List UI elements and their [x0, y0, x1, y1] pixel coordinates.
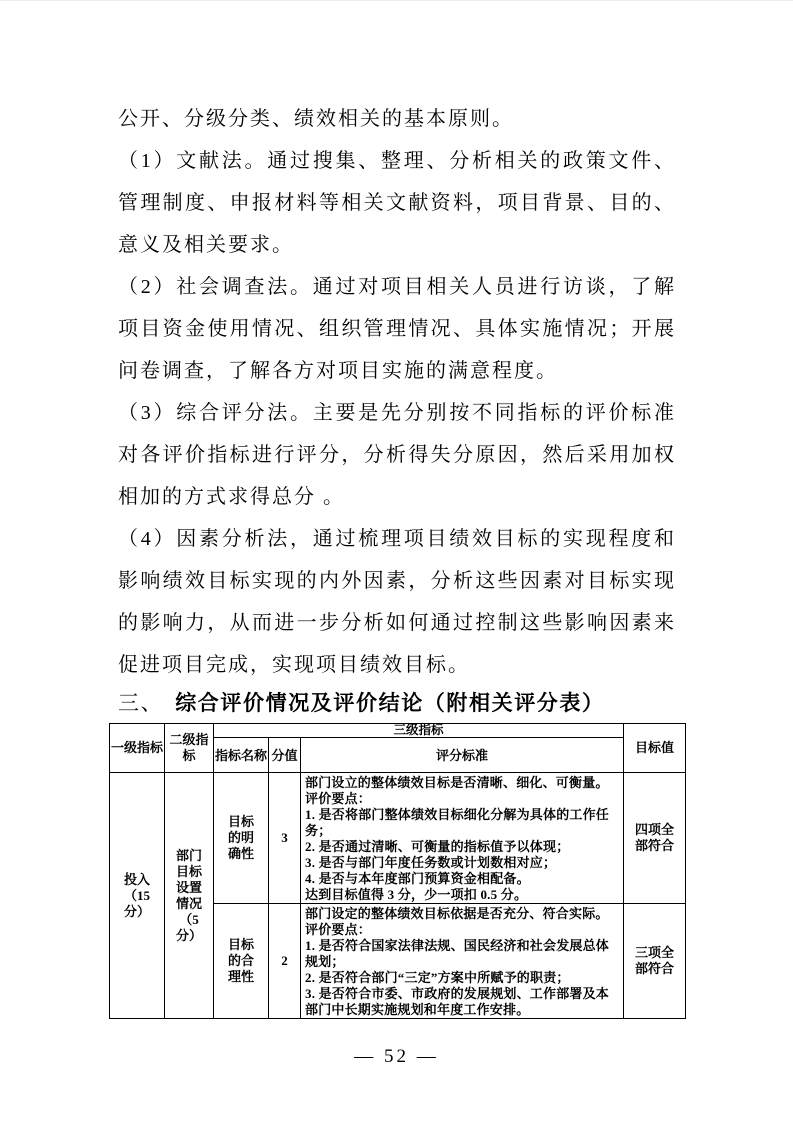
- header-level2-indicator: 二级指标: [165, 724, 214, 773]
- body-paragraph: 公开、分级分类、绩效相关的基本原则。: [118, 98, 676, 140]
- body-paragraph: （3）综合评分法。主要是先分别按不同指标的评价标准对各评价指标进行评分，分析得失…: [118, 392, 676, 518]
- evaluation-score-table: 一级指标 二级指标 三级指标 目标值 指标名称 分值 评分标准 投入 （15 分…: [109, 723, 686, 1019]
- cell-target-value: 三项全 部符合: [624, 904, 686, 1019]
- cell-level2-group: 部门 目标 设置 情况 （5 分）: [165, 773, 214, 1019]
- body-paragraph: （1）文献法。通过搜集、整理、分析相关的政策文件、管理制度、申报材料等相关文献资…: [118, 140, 676, 266]
- section-title: 综合评价情况及评价结论（附相关评分表）: [175, 691, 604, 715]
- table-header-row-1: 一级指标 二级指标 三级指标 目标值: [110, 724, 686, 738]
- cell-indicator-name: 目标 的明 确性: [214, 773, 269, 904]
- cell-criteria: 部门设定的整体绩效目标依据是否充分、符合实际。评价要点： 1. 是否符合国家法律…: [301, 904, 624, 1019]
- section-number: 三、: [118, 691, 163, 715]
- cell-score: 2: [269, 904, 301, 1019]
- header-target-value: 目标值: [624, 724, 686, 773]
- body-text-block: 公开、分级分类、绩效相关的基本原则。 （1）文献法。通过搜集、整理、分析相关的政…: [118, 98, 676, 686]
- header-level1-indicator: 一级指标: [110, 724, 165, 773]
- header-score: 分值: [269, 738, 301, 773]
- header-level3-indicator: 三级指标: [214, 724, 624, 738]
- section-heading: 三、综合评价情况及评价结论（附相关评分表）: [118, 688, 718, 718]
- header-indicator-name: 指标名称: [214, 738, 269, 773]
- body-paragraph: （2）社会调查法。通过对项目相关人员进行访谈，了解项目资金使用情况、组织管理情况…: [118, 266, 676, 392]
- body-paragraph: （4）因素分析法，通过梳理项目绩效目标的实现程度和影响绩效目标实现的内外因素，分…: [118, 518, 676, 686]
- table-row: 投入 （15 分） 部门 目标 设置 情况 （5 分） 目标 的明 确性 3 部…: [110, 773, 686, 904]
- cell-score: 3: [269, 773, 301, 904]
- page-number: — 52 —: [0, 1044, 793, 1070]
- document-page: 公开、分级分类、绩效相关的基本原则。 （1）文献法。通过搜集、整理、分析相关的政…: [0, 0, 793, 1122]
- header-criteria: 评分标准: [301, 738, 624, 773]
- cell-criteria: 部门设立的整体绩效目标是否清晰、细化、可衡量。 评价要点： 1. 是否将部门整体…: [301, 773, 624, 904]
- cell-level1-group: 投入 （15 分）: [110, 773, 165, 1019]
- cell-target-value: 四项全 部符合: [624, 773, 686, 904]
- cell-indicator-name: 目标 的合 理性: [214, 904, 269, 1019]
